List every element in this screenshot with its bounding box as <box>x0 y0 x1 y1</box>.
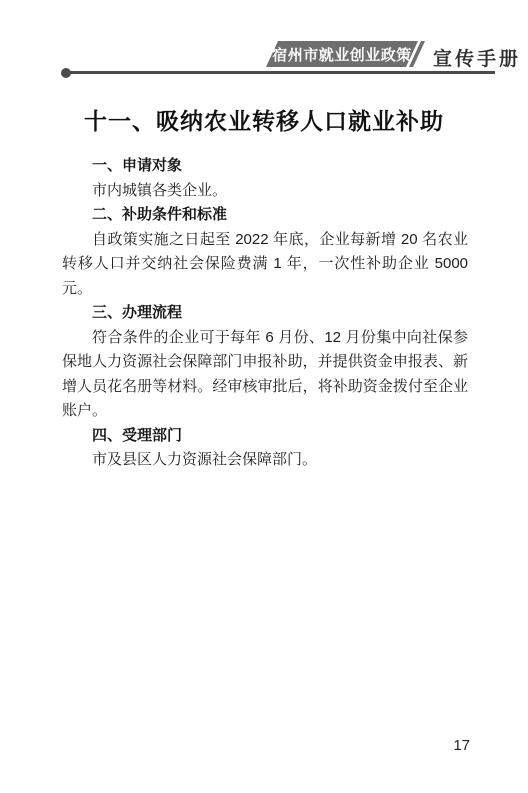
header-handbook-label: 宣传手册 <box>433 44 521 71</box>
header-rule-line <box>62 71 495 74</box>
page-title: 十一、吸纳农业转移人口就业补助 <box>0 103 528 136</box>
section-heading: 三、办理流程 <box>62 301 468 326</box>
section-paragraph: 市内城镇各类企业。 <box>62 179 468 204</box>
header-banner: 宿州市就业创业政策 <box>266 41 418 67</box>
section-heading: 二、补助条件和标准 <box>62 203 468 228</box>
section-paragraph: 符合条件的企业可于每年 6 月份、12 月份集中向社保参保地人力资源社会保障部门… <box>62 326 468 424</box>
section-heading: 一、申请对象 <box>62 154 468 179</box>
document-body: 一、申请对象 市内城镇各类企业。 二、补助条件和标准 自政策实施之日起至 202… <box>62 154 468 473</box>
section-application-target: 一、申请对象 市内城镇各类企业。 <box>62 154 468 203</box>
section-heading: 四、受理部门 <box>62 424 468 449</box>
page-number: 17 <box>453 737 470 754</box>
section-subsidy-conditions: 二、补助条件和标准 自政策实施之日起至 2022 年底，企业每新增 20 名农业… <box>62 203 468 301</box>
header-banner-title: 宿州市就业创业政策 <box>272 44 412 65</box>
section-accepting-department: 四、受理部门 市及县区人力资源社会保障部门。 <box>62 424 468 473</box>
section-paragraph: 自政策实施之日起至 2022 年底，企业每新增 20 名农业转移人口并交纳社会保… <box>62 228 468 302</box>
header-rule-dot <box>61 68 71 78</box>
section-paragraph: 市及县区人力资源社会保障部门。 <box>62 448 468 473</box>
document-page: 宿州市就业创业政策 宣传手册 十一、吸纳农业转移人口就业补助 一、申请对象 市内… <box>0 0 528 793</box>
section-procedure: 三、办理流程 符合条件的企业可于每年 6 月份、12 月份集中向社保参保地人力资… <box>62 301 468 424</box>
